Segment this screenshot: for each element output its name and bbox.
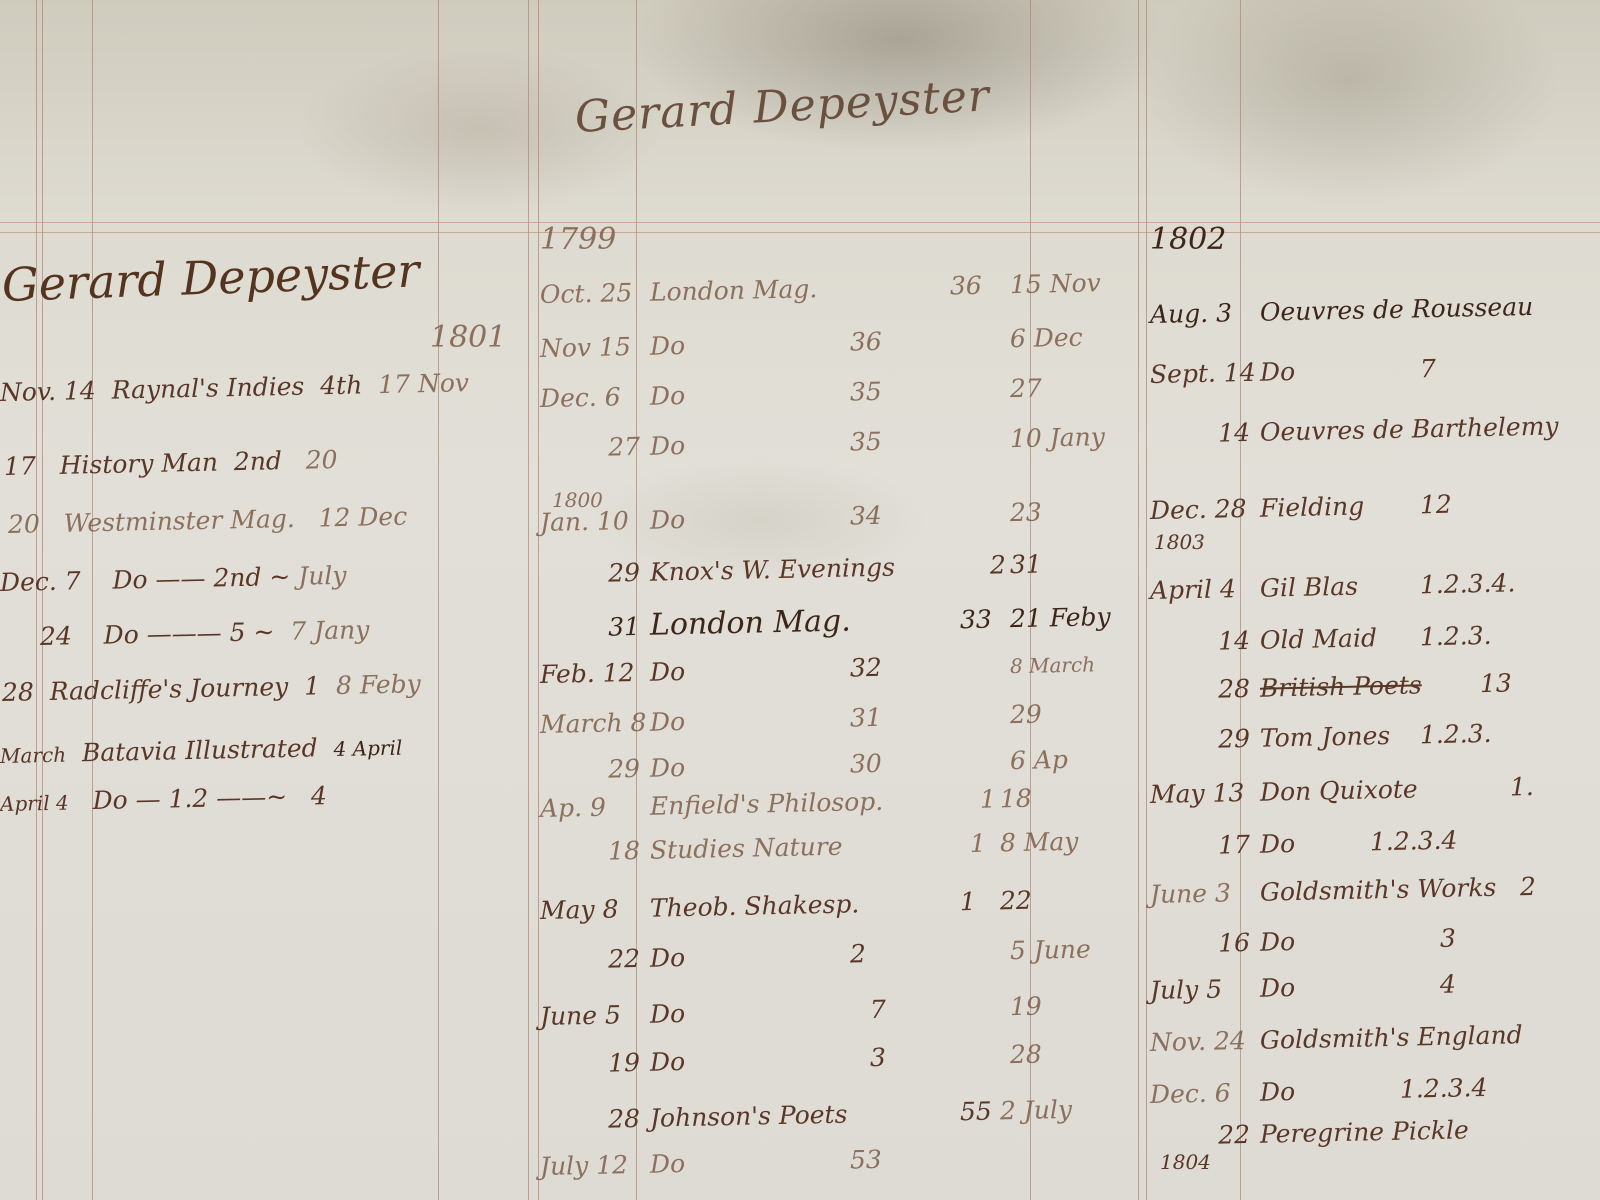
- ledger-row: July 12Do53: [540, 1139, 1140, 1181]
- ledger-row: 28British Poets13: [1150, 668, 1512, 705]
- ledger-row: 18Studies Nature18 May: [540, 825, 1140, 867]
- entry-volume: 34: [850, 498, 1011, 530]
- entry-volume: 1.2.3.4.: [1420, 568, 1516, 599]
- entry-title: London Mag.: [650, 271, 951, 306]
- left-return-year: 1801: [430, 320, 506, 355]
- entry-returned: 6 Dec: [1010, 323, 1083, 354]
- entry-returned: 18: [1000, 784, 1032, 814]
- ledger-row: 28Johnson's Poets552 July: [540, 1093, 1140, 1135]
- entry-title: Knox's W. Evenings: [650, 551, 991, 587]
- entry-date: 14: [1150, 626, 1261, 657]
- ledger-row: April 4Gil Blas1.2.3.4.: [1150, 568, 1516, 605]
- entry-volume: 4th: [320, 370, 363, 400]
- ledger-row: Feb. 12Do328 March: [540, 647, 1140, 689]
- entry-date: May 13: [1150, 778, 1261, 809]
- ledger-row: 14Oeuvres de Barthelemy: [1150, 411, 1559, 449]
- entry-returned: 23: [1010, 497, 1042, 527]
- entry-date: 29: [540, 558, 651, 589]
- entry-volume: 7: [1420, 354, 1437, 383]
- ledger-row: 29Knox's W. Evenings231: [540, 547, 1140, 589]
- entry-date: Jan. 10: [540, 506, 651, 537]
- ledger-row: Dec. 6Do3527: [540, 371, 1140, 413]
- entry-date: Dec. 7: [0, 566, 81, 597]
- entry-date: June 5: [540, 1000, 651, 1031]
- entry-title: Do: [92, 785, 128, 815]
- entry-title: Batavia Illustrated: [82, 733, 318, 767]
- ledger-row: Dec. 28Fielding12: [1150, 490, 1452, 525]
- entry-date: Sept. 14: [1150, 358, 1261, 389]
- entry-date: April 4: [1150, 574, 1261, 605]
- ledger-row: 27Do3510 Jany: [540, 421, 1140, 463]
- entry-title: London Mag.: [650, 601, 961, 642]
- entry-date: 28: [1150, 674, 1261, 705]
- entry-volume: 5: [229, 618, 246, 647]
- entry-volume: 4: [1440, 970, 1457, 999]
- entry-volume: 2: [1520, 872, 1537, 901]
- entry-title: Do: [650, 940, 851, 973]
- right-mid-year: 1803: [1154, 530, 1205, 554]
- entry-date: June 3: [1150, 878, 1261, 909]
- ledger-row: 22Do25 June: [540, 933, 1140, 975]
- entry-date: 18: [540, 836, 651, 867]
- entry-date: Dec. 28: [1150, 494, 1261, 525]
- entry-returned: 8 May: [1000, 827, 1079, 858]
- ledger-row: 24 Do ——— 5 ~ 7 Jany: [40, 615, 370, 651]
- entry-date: 29: [1150, 724, 1261, 755]
- column-rule: [538, 0, 539, 1200]
- entry-returned: 2 July: [1000, 1095, 1073, 1126]
- middle-start-year: 1799: [540, 222, 616, 257]
- entry-volume: 32: [850, 650, 1011, 682]
- column-rule: [1146, 0, 1147, 1200]
- ledger-row: May 8Theob. Shakesp.122: [540, 883, 1140, 925]
- entry-volume: 7: [870, 992, 1011, 1024]
- entry-date: May 8: [540, 894, 651, 925]
- ledger-row: March 8Do3129: [540, 697, 1140, 739]
- ledger-row: June 5Do719: [540, 989, 1140, 1031]
- ledger-row: 16Do3: [1150, 924, 1456, 959]
- entry-volume: 1.2.3.: [1420, 719, 1492, 749]
- ledger-row: Sept. 14Do7: [1150, 354, 1436, 389]
- ledger-row: April 4 Do — 1.2 ——~ 4: [0, 781, 327, 817]
- entry-title: Johnson's Poets: [650, 1097, 961, 1132]
- entry-title: Old Maid: [1260, 622, 1421, 654]
- entry-date: 16: [1150, 928, 1261, 959]
- entry-title: Tom Jones: [1260, 720, 1421, 752]
- entry-date: 17: [4, 451, 36, 481]
- entry-volume: 3: [1440, 924, 1457, 953]
- ledger-row: Nov. 24Goldsmith's England: [1150, 1020, 1523, 1057]
- entry-title: Do: [103, 620, 139, 650]
- header-rule: [0, 232, 1600, 233]
- entry-title: Oeuvres de Rousseau: [1260, 292, 1534, 327]
- entry-date: Oct. 25: [540, 278, 651, 309]
- header-rule: [0, 222, 1600, 223]
- entry-volume: 31: [850, 700, 1011, 732]
- entry-title: Do: [650, 1043, 871, 1077]
- entry-date: April 4: [0, 791, 69, 816]
- ledger-row: 29Tom Jones1.2.3.: [1150, 719, 1492, 755]
- entry-returned: 5 June: [1010, 934, 1091, 965]
- entry-volume: 12: [1420, 490, 1452, 520]
- entry-returned: 4 April: [333, 736, 402, 761]
- entry-volume: 2: [990, 550, 1011, 579]
- ledger-row: 19Do328: [540, 1037, 1140, 1079]
- column-rule: [92, 0, 93, 1200]
- entry-title: British Poets: [1260, 669, 1481, 703]
- entry-date: Aug. 3: [1150, 298, 1261, 329]
- entry-date: Dec. 6: [1150, 1078, 1261, 1109]
- entry-volume: 35: [850, 374, 1011, 406]
- entry-title: Studies Nature: [650, 829, 971, 865]
- ledger-row: Jan. 10Do3423: [540, 495, 1140, 537]
- entry-returned: 15 Nov: [1010, 268, 1101, 299]
- entry-date: 31: [540, 612, 651, 643]
- entry-returned: 4: [311, 781, 328, 810]
- entry-date: 22: [540, 944, 651, 975]
- entry-date: 17: [1150, 830, 1261, 861]
- entry-date: Nov 15: [540, 332, 651, 363]
- entry-date: 29: [540, 754, 651, 785]
- entry-returned: 21 Feby: [1010, 602, 1111, 633]
- entry-title: Raynal's Indies: [111, 372, 304, 405]
- entry-title: Do: [1260, 1075, 1401, 1107]
- entry-date: 22: [1150, 1120, 1261, 1151]
- entry-volume: 1: [960, 886, 1001, 916]
- entry-volume: 1: [970, 828, 1001, 858]
- entry-volume: 1.2.3.4: [1370, 826, 1458, 857]
- entry-title: Do: [650, 995, 871, 1029]
- entry-returned: 29: [1010, 699, 1042, 729]
- entry-date: 28: [540, 1104, 651, 1135]
- entry-returned: 8 March: [1010, 652, 1096, 678]
- entry-date: 20: [8, 509, 40, 539]
- entry-date: July 5: [1150, 974, 1261, 1005]
- entry-title: Enfield's Philosop.: [650, 785, 981, 821]
- ledger-row: 17Do1.2.3.4: [1150, 826, 1458, 861]
- entry-volume: 1.2: [168, 784, 208, 814]
- entry-title: Do: [1260, 354, 1421, 386]
- entry-title: Westminster Mag.: [63, 504, 295, 538]
- entry-returned: 10 Jany: [1010, 422, 1106, 453]
- entry-date: 24: [40, 621, 72, 651]
- entry-title: Do: [1260, 924, 1441, 957]
- ledger-row: 31London Mag.3321 Feby: [540, 597, 1141, 645]
- column-rule: [528, 0, 529, 1200]
- entry-title: Do: [650, 328, 851, 361]
- entry-title: Do: [650, 502, 851, 535]
- entry-title: Don Quixote: [1260, 772, 1511, 806]
- entry-volume: 2: [850, 936, 1011, 968]
- entry-title: Goldsmith's England: [1260, 1020, 1523, 1054]
- entry-title: Goldsmith's Works: [1260, 872, 1521, 906]
- entry-returned: 28: [1010, 1039, 1042, 1069]
- entry-returned: July: [298, 561, 347, 591]
- entry-title: Radcliffe's Journey: [49, 672, 288, 706]
- entry-returned: 22: [1000, 886, 1032, 916]
- entry-title: Fielding: [1260, 490, 1421, 522]
- entry-returned: 8 Feby: [336, 669, 421, 700]
- entry-title: Peregrine Pickle: [1260, 1115, 1469, 1148]
- entry-volume: 30: [850, 746, 1011, 778]
- entry-date: March 8: [540, 708, 651, 739]
- entry-volume: 35: [850, 424, 1011, 456]
- entry-title: Do: [1260, 970, 1441, 1003]
- entry-volume: 2nd: [213, 563, 262, 593]
- entry-date: July 12: [540, 1150, 651, 1181]
- entry-volume: 1.: [1510, 772, 1534, 801]
- entry-returned: 12 Dec: [318, 502, 407, 533]
- entry-date: March: [0, 743, 66, 768]
- ledger-row: Aug. 3Oeuvres de Rousseau: [1150, 292, 1534, 329]
- entry-date: 19: [540, 1048, 651, 1079]
- ledger-row: Dec. 6Do1.2.3.4: [1150, 1073, 1488, 1109]
- entry-title: History Man: [59, 448, 218, 480]
- entry-returned: 7 Jany: [290, 615, 370, 646]
- entry-title: Do: [1260, 827, 1371, 858]
- entry-returned: 27: [1010, 373, 1042, 403]
- entry-volume: 2nd: [234, 446, 283, 476]
- entry-date: 14: [1150, 418, 1261, 449]
- column-rule: [36, 0, 37, 1200]
- right-end-year: 1804: [1160, 1150, 1211, 1174]
- ledger-row: Dec. 7 Do —— 2nd ~ July: [0, 561, 347, 597]
- entry-date: Dec. 6: [540, 382, 651, 413]
- ledger-row: Nov 15Do366 Dec: [540, 321, 1140, 363]
- ledger-row: Ap. 9Enfield's Philosop.118: [540, 781, 1140, 823]
- entry-date: Nov. 14: [0, 376, 96, 407]
- entry-date: 28: [2, 677, 34, 707]
- entry-volume: 33: [960, 604, 1011, 634]
- ledger-row: Oct. 25London Mag.3615 Nov: [540, 267, 1140, 309]
- entry-volume: 36: [950, 270, 1011, 300]
- ledger-row: 22Peregrine Pickle: [1150, 1115, 1469, 1151]
- entry-returned: 6 Ap: [1010, 745, 1069, 775]
- entry-date: Feb. 12: [540, 658, 651, 689]
- entry-title: Do: [650, 378, 851, 411]
- entry-title: Gil Blas: [1260, 570, 1421, 602]
- ledger-row: 14Old Maid1.2.3.: [1150, 621, 1492, 657]
- ledger-row: 29Do306 Ap: [540, 743, 1140, 785]
- column-rule: [42, 0, 43, 1200]
- entry-title: Do: [650, 750, 851, 783]
- ledger-row: 28 Radcliffe's Journey 1 8 Feby: [2, 669, 421, 707]
- entry-volume: 13: [1480, 668, 1512, 698]
- entry-volume: 55: [960, 1096, 1001, 1126]
- entry-volume: 1.2.3.: [1420, 621, 1492, 651]
- ledger-row: March Batavia Illustrated 4 April: [0, 732, 403, 769]
- left-column-heading: Gerard Depeyster: [1, 243, 420, 312]
- ledger-row: 20 Westminster Mag. 12 Dec: [8, 502, 408, 539]
- entry-title: Do: [650, 704, 851, 737]
- entry-title: Theob. Shakesp.: [650, 887, 961, 922]
- entry-title: Do: [650, 654, 851, 687]
- entry-date: 27: [540, 432, 651, 463]
- entry-volume: 36: [850, 324, 1011, 356]
- entry-title: Do: [650, 428, 851, 461]
- entry-title: Oeuvres de Barthelemy: [1260, 411, 1559, 446]
- column-rule: [438, 0, 439, 1200]
- entry-title: Do: [112, 565, 148, 595]
- entry-volume: 1: [304, 671, 321, 700]
- entry-volume: 53: [850, 1142, 1011, 1174]
- entry-returned: 20: [305, 445, 337, 475]
- entry-returned: 31: [1010, 549, 1042, 579]
- ledger-row: May 13Don Quixote1.: [1150, 772, 1534, 809]
- entry-volume: 1.2.3.4: [1400, 1073, 1488, 1104]
- entry-returned: 17 Nov: [378, 368, 469, 399]
- entry-date: Ap. 9: [540, 792, 651, 823]
- ledger-row: Nov. 14 Raynal's Indies 4th 17 Nov: [0, 368, 469, 407]
- ledger-row: 17 History Man 2nd 20: [4, 445, 338, 481]
- entry-date: Nov. 24: [1150, 1026, 1261, 1057]
- ledger-row: July 5Do4: [1150, 970, 1456, 1005]
- entry-volume: 3: [870, 1040, 1011, 1072]
- right-start-year: 1802: [1150, 222, 1226, 257]
- ledger-row: June 3Goldsmith's Works2: [1150, 872, 1536, 909]
- entry-returned: 19: [1010, 991, 1042, 1021]
- ledger-page: Gerard Depeyster Gerard Depeyster 1801 N…: [0, 0, 1600, 1200]
- entry-title: Do: [650, 1146, 851, 1179]
- entry-volume: 1: [980, 784, 1001, 813]
